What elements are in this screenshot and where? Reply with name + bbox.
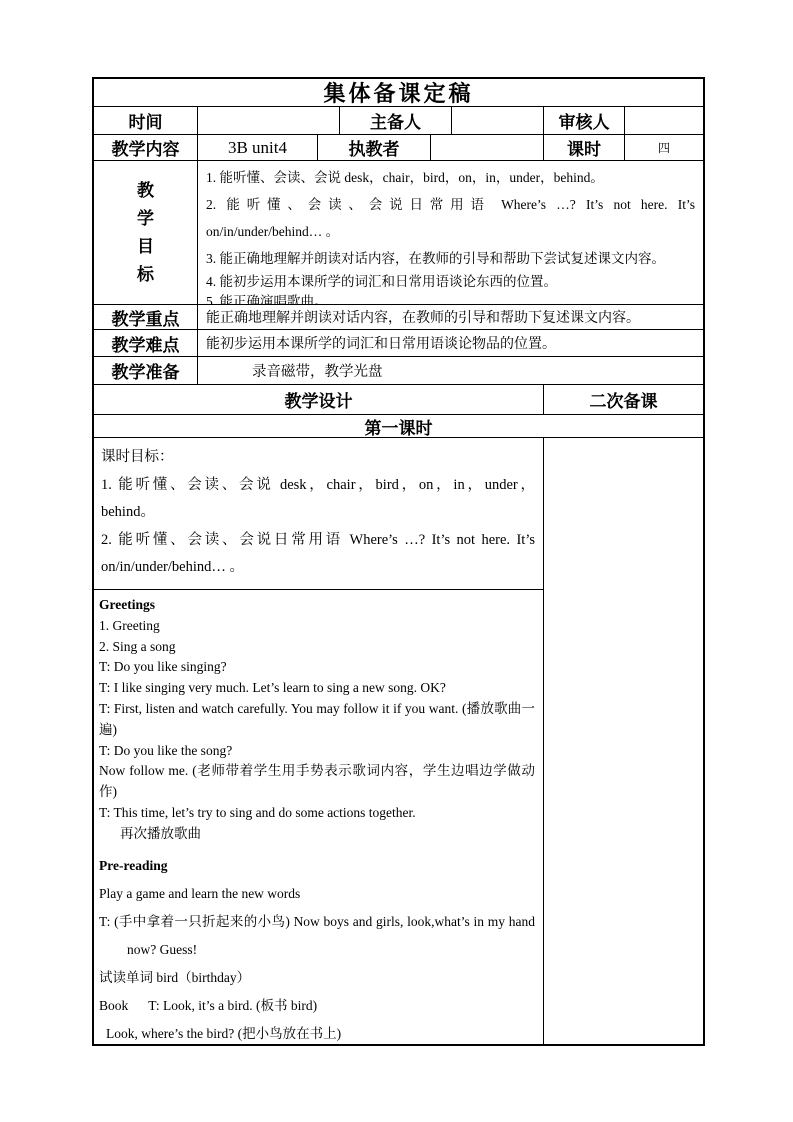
objectives-label-char: 教 bbox=[137, 177, 154, 205]
procedure-line: 再次播放歌曲 bbox=[99, 824, 535, 845]
procedure-line: Now follow me. (老师带着学生用手势表示歌词内容，学生边唱边学做动… bbox=[99, 761, 535, 803]
prereading-block: Play a game and learn the new words T: (… bbox=[99, 880, 535, 1044]
preparation-row: 教学准备 录音磁带，教学光盘 bbox=[94, 357, 703, 385]
objectives-label: 教 学 目 标 bbox=[94, 161, 198, 304]
main-preparer-label: 主备人 bbox=[340, 107, 452, 134]
procedure-line: Look, where’s the bird? (把小鸟放在书上) bbox=[99, 1020, 535, 1044]
difficulty-value: 能初步运用本课所学的词汇和日常用语谈论物品的位置。 bbox=[198, 330, 703, 356]
prereading-title: Pre-reading bbox=[99, 852, 535, 880]
design-header-left: 教学设计 bbox=[94, 385, 544, 414]
difficulty-label: 教学难点 bbox=[94, 330, 198, 356]
objective-line: 2. 能听懂、会读、会说日常用语 Where’s …? It’s not her… bbox=[206, 191, 695, 218]
objectives-label-char: 标 bbox=[137, 261, 154, 289]
difficulty-row: 教学难点 能初步运用本课所学的词汇和日常用语谈论物品的位置。 bbox=[94, 330, 703, 357]
objective-line: 1. 能听懂、会读、会说 desk，chair，bird，on，in，under… bbox=[206, 164, 695, 191]
procedure-line: 试读单词 bird（birthday） bbox=[99, 964, 535, 992]
period-goals-line: 1. 能听懂、会读、会说 desk，chair，bird，on，in，under… bbox=[101, 472, 535, 500]
lesson-plan-table: 集体备课定稿 时间 主备人 审核人 教学内容 3B unit4 执教者 课时 四… bbox=[92, 77, 705, 1046]
objectives-label-char: 目 bbox=[137, 233, 154, 261]
procedure-line: T: (手中拿着一只折起来的小鸟) Now boys and girls, lo… bbox=[99, 908, 535, 964]
objective-line: on/in/under/behind… 。 bbox=[206, 218, 695, 245]
instructor-value-cell bbox=[431, 135, 544, 160]
procedure-line: T: Do you like singing? bbox=[99, 657, 535, 678]
teaching-content-label: 教学内容 bbox=[94, 135, 198, 160]
key-point-row: 教学重点 能正确地理解并朗读对话内容，在教师的引导和帮助下复述课文内容。 bbox=[94, 305, 703, 330]
procedure-line: T: Do you like the song? bbox=[99, 741, 535, 762]
objective-line: 3. 能正确地理解并朗读对话内容，在教师的引导和帮助下尝试复述课文内容。 bbox=[206, 245, 695, 272]
content-row: 教学内容 3B unit4 执教者 课时 四 bbox=[94, 135, 703, 161]
procedure-line: T: This time, let’s try to sing and do s… bbox=[99, 803, 535, 824]
key-point-label: 教学重点 bbox=[94, 305, 198, 329]
procedure-line: Play a game and learn the new words bbox=[99, 880, 535, 908]
objectives-row: 教 学 目 标 1. 能听懂、会读、会说 desk，chair，bird，on，… bbox=[94, 161, 703, 305]
key-point-value: 能正确地理解并朗读对话内容，在教师的引导和帮助下复述课文内容。 bbox=[198, 305, 703, 329]
objectives-content: 1. 能听懂、会读、会说 desk，chair，bird，on，in，under… bbox=[198, 161, 703, 304]
reviewer-value-cell bbox=[625, 107, 703, 134]
greetings-block: Greetings 1. Greeting 2. Sing a song T: … bbox=[99, 595, 535, 845]
teaching-content-value: 3B unit4 bbox=[198, 135, 318, 160]
reviewer-label: 审核人 bbox=[544, 107, 625, 134]
procedure-line: T: I like singing very much. Let’s learn… bbox=[99, 678, 535, 699]
period-header: 第一课时 bbox=[94, 415, 703, 437]
procedure-line: Book T: Look, it’s a bird. (板书 bird) bbox=[99, 992, 535, 1020]
period-goals-line: on/in/under/behind… 。 bbox=[101, 554, 535, 582]
period-goals-cell: 课时目标： 1. 能听懂、会读、会说 desk，chair，bird，on，in… bbox=[94, 438, 543, 590]
second-preparation-column bbox=[544, 438, 703, 1044]
design-header-row: 教学设计 二次备课 bbox=[94, 385, 703, 415]
procedure-line: 1. Greeting bbox=[99, 616, 535, 637]
period-goals-line: behind。 bbox=[101, 499, 535, 527]
greetings-title: Greetings bbox=[99, 595, 535, 616]
period-goals-line: 课时目标： bbox=[101, 444, 535, 472]
time-label: 时间 bbox=[94, 107, 198, 134]
time-value-cell bbox=[198, 107, 340, 134]
periods-value: 四 bbox=[625, 135, 703, 160]
title-row: 集体备课定稿 bbox=[94, 79, 703, 107]
body-row: 课时目标： 1. 能听懂、会读、会说 desk，chair，bird，on，in… bbox=[94, 438, 703, 1044]
preparation-label: 教学准备 bbox=[94, 357, 198, 384]
objectives-label-char: 学 bbox=[137, 205, 154, 233]
instructor-label: 执教者 bbox=[318, 135, 431, 160]
period-header-row: 第一课时 bbox=[94, 415, 703, 438]
procedure-line: 2. Sing a song bbox=[99, 637, 535, 658]
preparation-value: 录音磁带，教学光盘 bbox=[198, 357, 703, 384]
objective-line: 5. 能正确演唱歌曲。 bbox=[206, 292, 695, 304]
body-left-column: 课时目标： 1. 能听懂、会读、会说 desk，chair，bird，on，in… bbox=[94, 438, 544, 1044]
periods-label: 课时 bbox=[544, 135, 625, 160]
procedure-cell: Greetings 1. Greeting 2. Sing a song T: … bbox=[94, 590, 543, 1044]
objective-line: 4. 能初步运用本课所学的词汇和日常用语谈论东西的位置。 bbox=[206, 272, 695, 292]
main-preparer-value-cell bbox=[452, 107, 544, 134]
period-goals-line: 2. 能听懂、会读、会说日常用语 Where’s …? It’s not her… bbox=[101, 527, 535, 555]
time-row: 时间 主备人 审核人 bbox=[94, 107, 703, 135]
procedure-line: T: First, listen and watch carefully. Yo… bbox=[99, 699, 535, 741]
document-page: 集体备课定稿 时间 主备人 审核人 教学内容 3B unit4 执教者 课时 四… bbox=[0, 0, 793, 1122]
page-title: 集体备课定稿 bbox=[94, 79, 703, 106]
design-header-right: 二次备课 bbox=[544, 385, 703, 414]
